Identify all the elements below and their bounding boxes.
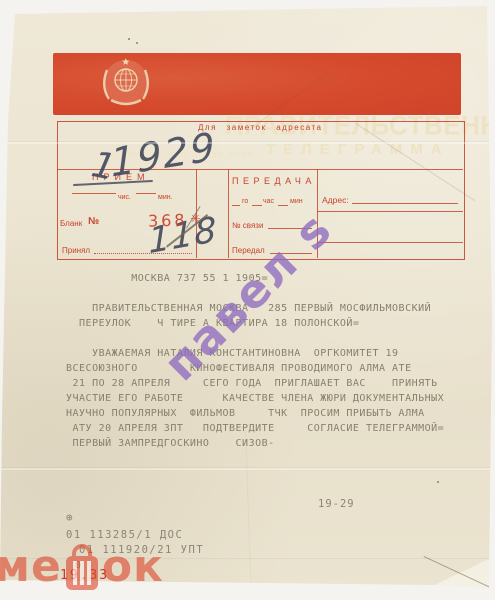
paper-speck <box>128 38 130 40</box>
banner: ПРАВИТЕЛЬСТВЕННАЯ ТЕЛЕГРАММА МИНИСТЕРСТВ… <box>53 53 461 115</box>
reference-number-1: 01 113285/1 ДОС <box>66 529 183 541</box>
receive-line-2 <box>136 193 156 194</box>
body-line: 21 ПО 28 АПРЕЛЯ СЕГО ГОДА ПРИГЛАШАЕТ ВАС… <box>66 376 444 391</box>
body-line: ПЕРВЫЙ ЗАМПРЕДГОСКИНО СИЗОВ- <box>66 436 444 451</box>
blank-number-stamp: 368 <box>148 210 188 230</box>
address-line <box>352 203 458 204</box>
watermark-site-suffix: ок <box>102 541 164 592</box>
blank-number-sign: № <box>88 216 99 227</box>
paper-speck <box>437 481 439 483</box>
receive-line-1 <box>72 193 116 194</box>
body-line: УЧАСТИЕ ЕГО РАБОТЕ КАЧЕСТВЕ ЧЛЕНА ЖЮРИ Д… <box>66 391 444 406</box>
form-col-divider-2 <box>228 169 229 258</box>
transmit-line-3 <box>278 205 288 206</box>
body-line: ВСЕСОЮЗНОГО КИНОФЕСТИВАЛЯ ПРОВОДИМОГО АЛ… <box>66 361 444 376</box>
transmit-line-1 <box>232 205 240 206</box>
body-line: АТУ 20 АПРЕЛЯ ЗПТ ПОДТВЕРДИТЕ СОГЛАСИЕ Т… <box>66 421 444 436</box>
body-line: НАУЧНО ПОПУЛЯРНЫХ ФИЛЬМОВ ТЧК ПРОСИМ ПРИ… <box>66 406 444 421</box>
transmit-title: ПЕРЕДАЧА <box>232 176 316 186</box>
receive-minutes-label: мин. <box>158 194 173 201</box>
blank-label: Бланк <box>60 219 82 228</box>
body-line <box>66 331 444 346</box>
receive-hours-label: чис. <box>118 194 131 201</box>
transmit-line-2 <box>252 205 262 206</box>
crease-fold-2-light <box>0 468 495 470</box>
watermark-site: ме ок <box>0 541 164 592</box>
ussr-coat-of-arms-icon <box>101 56 151 108</box>
address-row-divider-1 <box>317 211 463 212</box>
time-code: 19-29 <box>318 498 355 510</box>
body-line: УВАЖАЕМАЯ НАТАЛИЯ КОНСТАНТИНОВНА ОРГКОМИ… <box>66 346 444 361</box>
crease-fold-1-light <box>0 142 495 144</box>
received-by-label: Принял <box>62 246 90 255</box>
transmit-go-label: го <box>242 198 248 205</box>
paper-speck <box>136 42 138 44</box>
transmit-hours-label: час <box>263 198 274 205</box>
notes-label: Для заметок адресата <box>198 123 323 132</box>
shopping-bag-icon <box>62 542 102 592</box>
watermark-site-prefix: ме <box>0 541 62 592</box>
link-number-label: № связи <box>232 221 263 230</box>
registration-symbol: ⊕ <box>66 511 73 524</box>
address-label: Адрес: <box>322 195 349 205</box>
